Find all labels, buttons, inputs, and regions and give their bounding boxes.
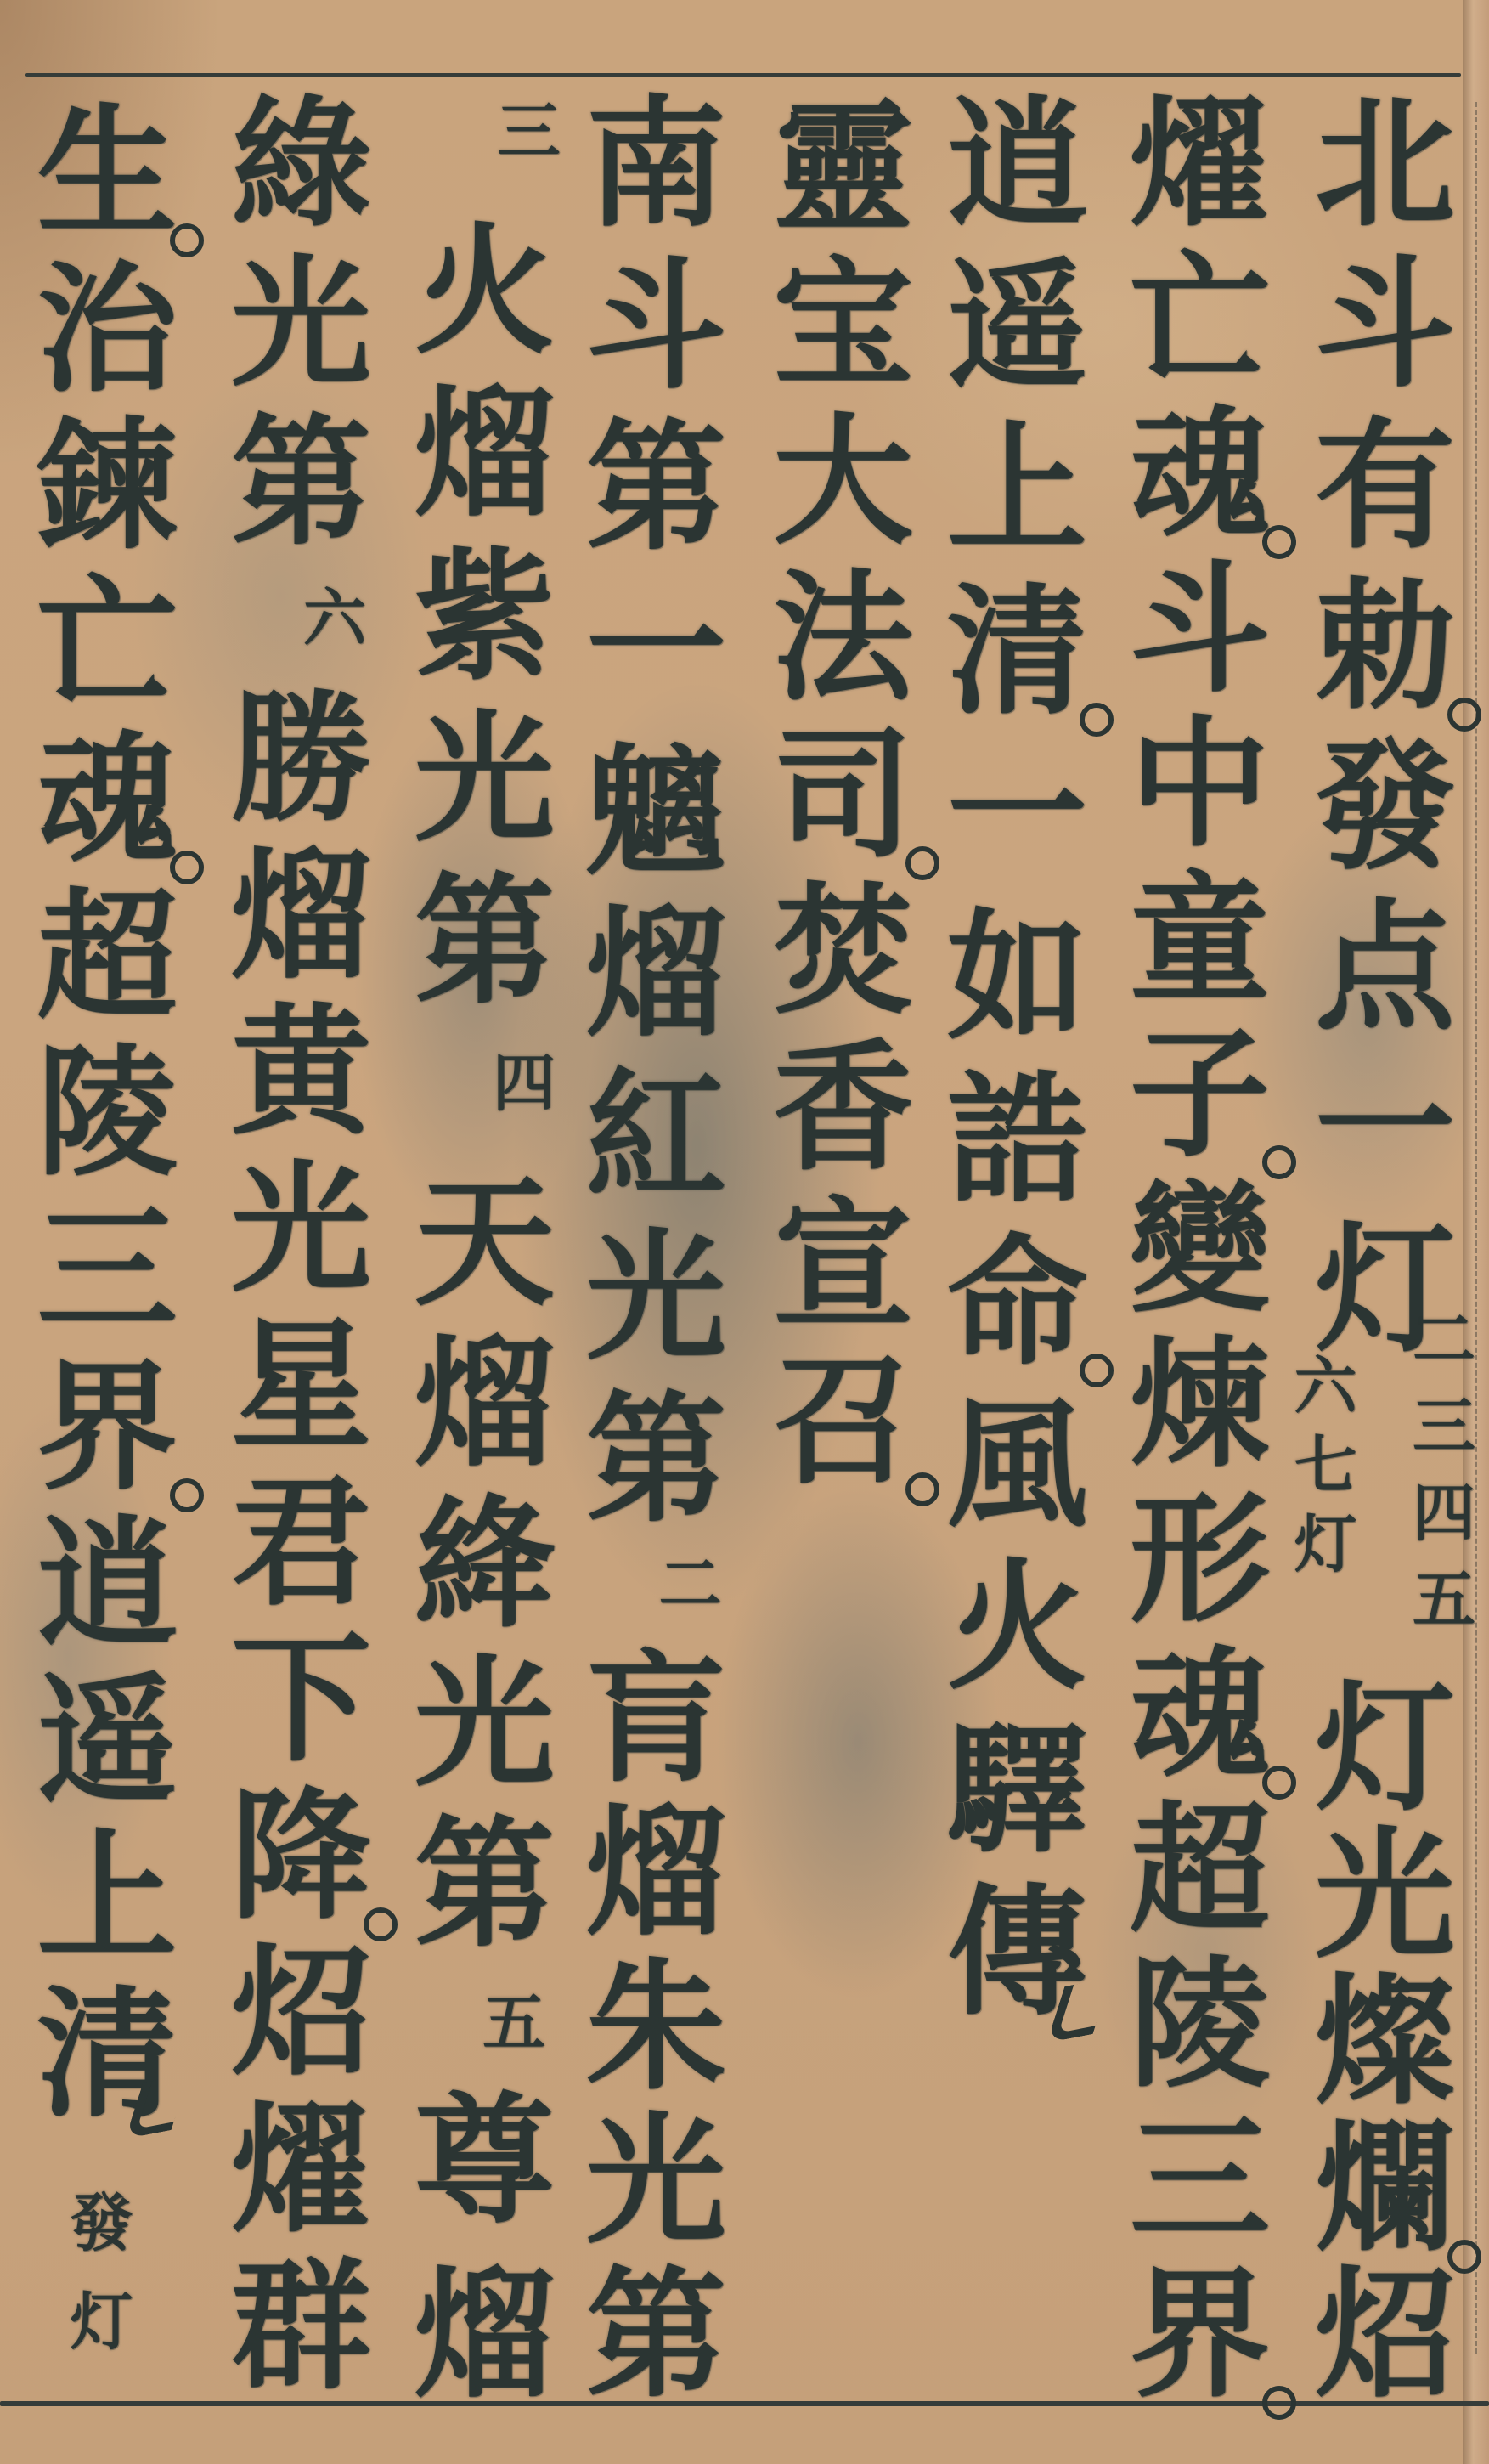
column-6-main-text-a: 火熘紫光第 bbox=[398, 221, 572, 1011]
glyph: 炤 bbox=[1311, 2264, 1459, 2405]
text-column-6: 三 火熘紫光第 四 天熘絳光第 五 尊熘 bbox=[398, 85, 572, 2405]
punctuation-circle-mark: 。 bbox=[1262, 2386, 1296, 2420]
glyph: 第 bbox=[410, 871, 559, 1011]
glyph: 星 bbox=[227, 1315, 375, 1455]
column-3-main-text: 逍遥上清。一如誥命。風火驛傳 bbox=[930, 93, 1104, 2022]
glyph: 朱 bbox=[582, 1957, 730, 2097]
glyph: 上 bbox=[943, 419, 1091, 559]
column-6-main-text-b: 天熘絳光第 bbox=[398, 1173, 572, 1954]
glyph: 超 bbox=[33, 886, 182, 1026]
glyph: 亡 bbox=[33, 573, 182, 713]
glyph: 光 bbox=[1311, 1825, 1459, 1965]
glyph: 驛 bbox=[943, 1720, 1091, 1860]
glyph: 熘 bbox=[582, 903, 730, 1043]
glyph: 灯 bbox=[68, 2291, 136, 2354]
glyph: 光 bbox=[582, 2111, 730, 2251]
glyph: 斗 bbox=[1125, 559, 1274, 699]
glyph: 有 bbox=[1311, 415, 1459, 556]
glyph: 尊 bbox=[410, 2090, 559, 2230]
glyph: 燿 bbox=[227, 2099, 375, 2240]
glyph: 焚 bbox=[769, 881, 917, 1021]
column-8-closing-note: 發灯 bbox=[61, 2192, 142, 2354]
manuscript-page: 北斗有勅。發点一灯 二三四五 六七灯 灯光燦爛。炤 燿亡魂。斗中童子。變煉形魂。… bbox=[0, 0, 1489, 2464]
glyph: 發 bbox=[1311, 737, 1459, 877]
glyph: 治 bbox=[33, 259, 182, 399]
glyph: 光 bbox=[410, 709, 559, 849]
glyph: 三 bbox=[495, 100, 563, 163]
glyph: 司。 bbox=[769, 725, 917, 865]
glyph: 熘 bbox=[227, 845, 375, 986]
glyph: 光 bbox=[410, 1653, 559, 1794]
glyph: 光 bbox=[227, 1159, 375, 1299]
glyph: 勅。 bbox=[1311, 576, 1459, 716]
column-6-ordinal-note-a: 三 bbox=[493, 89, 565, 174]
glyph: 灯 bbox=[1292, 1513, 1360, 1576]
glyph: 下 bbox=[227, 1629, 375, 1769]
glyph: 火 bbox=[943, 1557, 1091, 1697]
glyph: 五 bbox=[1410, 1568, 1478, 1631]
glyph: 光 bbox=[227, 253, 375, 393]
column-6-main-text-c: 尊熘 bbox=[398, 2090, 572, 2405]
glyph: 大 bbox=[769, 411, 917, 551]
glyph: 六 bbox=[301, 587, 369, 650]
glyph: 一 bbox=[943, 743, 1091, 884]
glyph: 如 bbox=[943, 907, 1091, 1047]
glyph: 逍 bbox=[33, 1513, 182, 1653]
glyph: 熘 bbox=[410, 1333, 559, 1473]
glyph: 斗 bbox=[582, 256, 730, 396]
text-column-7: 綠光第 六 勝熘黄光星君下降。炤燿群 bbox=[214, 85, 388, 2405]
glyph: 魂。 bbox=[33, 729, 182, 869]
glyph: 陵 bbox=[1125, 1954, 1274, 2094]
glyph: 亡 bbox=[1125, 249, 1274, 389]
column-7-main-text-b: 勝熘黄光星君下降。炤燿群 bbox=[214, 688, 388, 2396]
glyph: 燦 bbox=[1311, 1971, 1459, 2111]
glyph: 上 bbox=[33, 1827, 182, 1967]
glyph: 宣 bbox=[769, 1195, 917, 1335]
glyph: 君 bbox=[227, 1472, 375, 1613]
glyph: 斗 bbox=[1311, 254, 1459, 394]
column-2-main-text: 燿亡魂。斗中童子。變煉形魂。超陵三界。 bbox=[1113, 93, 1287, 2405]
text-column-3: 逍遥上清。一如誥命。風火驛傳 bbox=[930, 85, 1104, 2405]
glyph: 群 bbox=[227, 2256, 375, 2396]
glyph: 熘 bbox=[582, 1802, 730, 1942]
glyph: 發 bbox=[68, 2192, 136, 2255]
glyph: 一 bbox=[1311, 1059, 1459, 1199]
glyph: 七 bbox=[1292, 1434, 1360, 1497]
punctuation-circle-mark: 。 bbox=[905, 1472, 939, 1506]
glyph: 北 bbox=[1311, 93, 1459, 234]
glyph: 童 bbox=[1125, 869, 1274, 1009]
text-column-4: 靈宝大法司。焚香宣召。 bbox=[756, 85, 930, 2405]
column-5-main-text-a: 南斗第一魑熘紅光第 bbox=[569, 93, 743, 1529]
glyph: 火 bbox=[410, 221, 559, 361]
glyph: 爛。 bbox=[1311, 2118, 1459, 2258]
column-5-main-text-b: 肓熘朱光第 bbox=[569, 1648, 743, 2405]
text-column-1: 北斗有勅。發点一灯 二三四五 六七灯 灯光燦爛。炤 bbox=[1298, 85, 1472, 2405]
glyph: 陵 bbox=[33, 1043, 182, 1183]
glyph: 逍 bbox=[943, 93, 1091, 234]
glyph: 煉 bbox=[1125, 1334, 1274, 1474]
glyph: 天 bbox=[410, 1173, 559, 1313]
glyph: 第 bbox=[582, 2264, 730, 2405]
glyph: 燿 bbox=[1125, 93, 1274, 234]
column-1-interlinear-note-left: 六七灯 bbox=[1289, 1355, 1362, 1576]
glyph: 光 bbox=[582, 1227, 730, 1367]
page-edge-crease bbox=[1475, 102, 1477, 2354]
glyph: 誥 bbox=[943, 1069, 1091, 1209]
glyph: 中 bbox=[1125, 714, 1274, 854]
glyph: 紫 bbox=[410, 546, 559, 687]
text-column-2: 燿亡魂。斗中童子。變煉形魂。超陵三界。 bbox=[1113, 85, 1287, 2405]
column-1-main-text-a: 北斗有勅。發点一灯 bbox=[1298, 93, 1472, 1359]
glyph: 變 bbox=[1125, 1179, 1274, 1320]
glyph: 魑 bbox=[582, 742, 730, 882]
glyph: 界。 bbox=[33, 1357, 182, 1497]
glyph: 第 bbox=[582, 417, 730, 557]
column-7-main-text-a: 綠光第 bbox=[214, 93, 388, 552]
glyph: 第 bbox=[410, 1814, 559, 1954]
column-8-main-text: 生。治鍊亡魂。超陵三界。逍遥上清 bbox=[17, 102, 197, 2124]
glyph: 超 bbox=[1125, 1800, 1274, 1940]
glyph: 宝 bbox=[769, 254, 917, 394]
glyph: 五 bbox=[480, 1992, 548, 2054]
glyph: 点 bbox=[1311, 897, 1459, 1037]
glyph: 二 bbox=[657, 1553, 725, 1616]
glyph: 四 bbox=[490, 1052, 558, 1115]
glyph: 遥 bbox=[943, 256, 1091, 396]
glyph: 召。 bbox=[769, 1351, 917, 1491]
glyph: 四 bbox=[1410, 1482, 1478, 1545]
glyph: 界。 bbox=[1125, 2264, 1274, 2405]
glyph: 遥 bbox=[33, 1670, 182, 1811]
glyph: 形 bbox=[1125, 1489, 1274, 1630]
glyph: 南 bbox=[582, 93, 730, 234]
column-4-main-text: 靈宝大法司。焚香宣召。 bbox=[756, 98, 930, 1491]
glyph: 子。 bbox=[1125, 1024, 1274, 1164]
text-column-5: 南斗第一魑熘紅光第 二 肓熘朱光第 bbox=[569, 85, 743, 2405]
glyph: 勝 bbox=[227, 688, 375, 828]
glyph: 紅 bbox=[582, 1065, 730, 1206]
glyph: 清。 bbox=[943, 581, 1091, 721]
glyph: 第 bbox=[582, 1389, 730, 1529]
glyph: 黄 bbox=[227, 1002, 375, 1142]
glyph: 綠 bbox=[227, 93, 375, 234]
glyph: 二 bbox=[1410, 1308, 1478, 1371]
glyph: 熘 bbox=[410, 2264, 559, 2405]
glyph: 香 bbox=[769, 1037, 917, 1178]
glyph: 命。 bbox=[943, 1232, 1091, 1372]
glyph: 生。 bbox=[33, 102, 182, 242]
top-border-line bbox=[25, 73, 1461, 77]
column-6-ordinal-note-b: 四 bbox=[486, 1041, 562, 1126]
column-7-ordinal-note: 六 bbox=[292, 576, 377, 661]
glyph: 魂。 bbox=[1125, 1644, 1274, 1784]
glyph: 靈 bbox=[769, 98, 917, 238]
glyph: 鍊 bbox=[33, 415, 182, 556]
glyph: 三 bbox=[1410, 1395, 1478, 1458]
glyph: 風 bbox=[943, 1394, 1091, 1534]
glyph: 魂。 bbox=[1125, 404, 1274, 544]
glyph: 三 bbox=[1125, 2110, 1274, 2250]
glyph: 灯 bbox=[1311, 1678, 1459, 1818]
glyph: 炤 bbox=[227, 1942, 375, 2083]
column-5-ordinal-note: 二 bbox=[650, 1542, 730, 1627]
column-6-ordinal-note-c: 五 bbox=[476, 1978, 552, 2067]
glyph: 六 bbox=[1292, 1355, 1360, 1418]
text-column-8: 生。治鍊亡魂。超陵三界。逍遥上清 發灯 bbox=[17, 85, 197, 2405]
glyph: 第 bbox=[227, 412, 375, 552]
glyph: 法 bbox=[769, 568, 917, 708]
glyph: 一 bbox=[582, 579, 730, 720]
glyph: 降。 bbox=[227, 1786, 375, 1926]
column-1-interlinear-note-right: 二三四五 bbox=[1410, 1308, 1478, 1631]
column-1-main-text-b: 灯光燦爛。炤 bbox=[1298, 1678, 1472, 2405]
glyph: 熘 bbox=[410, 383, 559, 523]
glyph: 絳 bbox=[410, 1494, 559, 1634]
glyph: 三 bbox=[33, 1200, 182, 1340]
glyph: 肓 bbox=[582, 1648, 730, 1789]
